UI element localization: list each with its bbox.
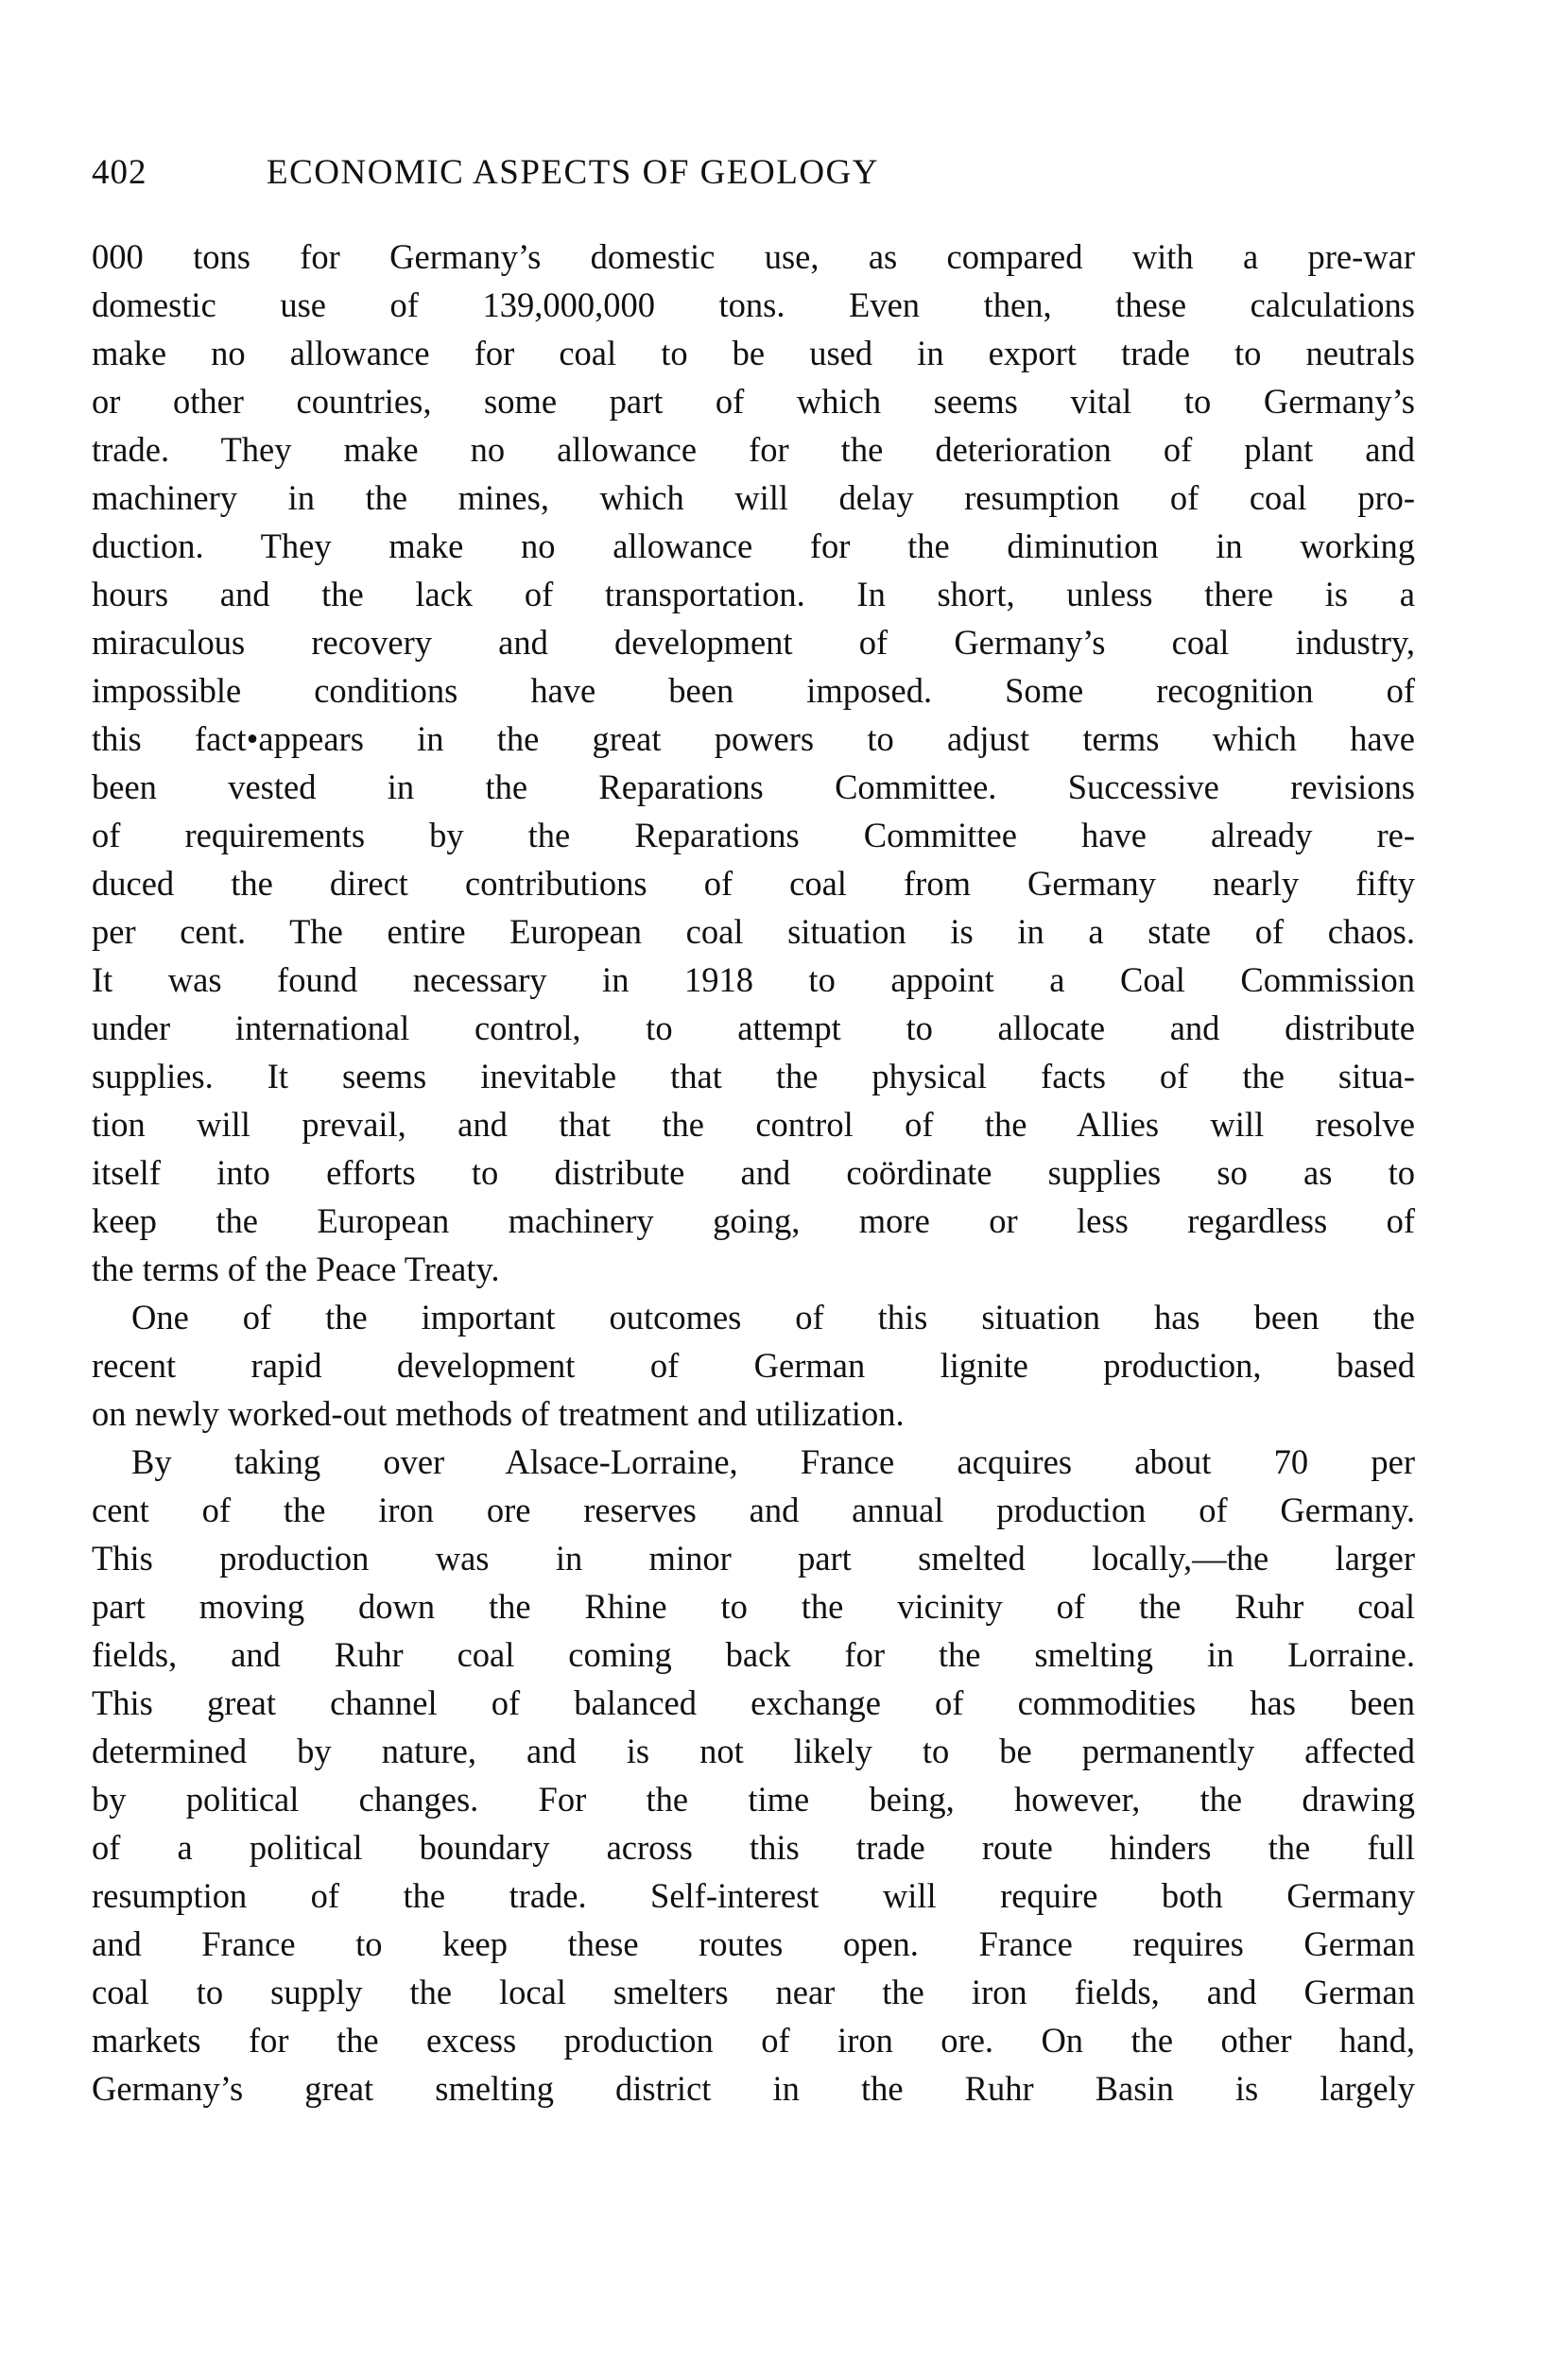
text-line: determined by nature, and is not likely …: [92, 1727, 1415, 1775]
text-line: tion will prevail, and that the control …: [92, 1100, 1415, 1148]
text-line: itself into efforts to distribute and co…: [92, 1148, 1415, 1197]
text-line: Germany’s great smelting district in the…: [92, 2064, 1415, 2113]
page-number: 402: [92, 151, 147, 195]
text-line: domestic use of 139,000,000 tons. Even t…: [92, 281, 1415, 329]
text-line: One of the important outcomes of this si…: [92, 1293, 1415, 1341]
running-title: ECONOMIC ASPECTS OF GEOLOGY: [267, 151, 879, 195]
text-line: trade. They make no allowance for the de…: [92, 425, 1415, 474]
book-page: 402 ECONOMIC ASPECTS OF GEOLOGY 000 tons…: [0, 0, 1553, 2380]
text-line: cent of the iron ore reserves and annual…: [92, 1486, 1415, 1534]
text-line: By taking over Alsace-Lorraine, France a…: [92, 1438, 1415, 1486]
text-line: This production was in minor part smelte…: [92, 1534, 1415, 1582]
text-line: make no allowance for coal to be used in…: [92, 329, 1415, 377]
text-line: markets for the excess production of iro…: [92, 2016, 1415, 2064]
text-line: fields, and Ruhr coal coming back for th…: [92, 1630, 1415, 1679]
text-line: recent rapid development of German ligni…: [92, 1341, 1415, 1389]
text-line: hours and the lack of transportation. In…: [92, 570, 1415, 618]
text-line: coal to supply the local smelters near t…: [92, 1968, 1415, 2016]
text-line: machinery in the mines, which will delay…: [92, 474, 1415, 522]
text-line: resumption of the trade. Self-interest w…: [92, 1871, 1415, 1920]
text-line: under international control, to attempt …: [92, 1004, 1415, 1052]
text-line: by political changes. For the time being…: [92, 1775, 1415, 1823]
text-line: keep the European machinery going, more …: [92, 1197, 1415, 1245]
text-line: of requirements by the Reparations Commi…: [92, 811, 1415, 859]
text-line: duction. They make no allowance for the …: [92, 522, 1415, 570]
text-line: per cent. The entire European coal situa…: [92, 907, 1415, 956]
text-line: supplies. It seems inevitable that the p…: [92, 1052, 1415, 1100]
text-line: of a political boundary across this trad…: [92, 1823, 1415, 1871]
text-line: This great channel of balanced exchange …: [92, 1679, 1415, 1727]
text-line: duced the direct contributions of coal f…: [92, 859, 1415, 907]
running-head: 402 ECONOMIC ASPECTS OF GEOLOGY: [92, 151, 1415, 195]
text-line: impossible conditions have been imposed.…: [92, 666, 1415, 715]
text-line: part moving down the Rhine to the vicini…: [92, 1582, 1415, 1630]
text-line: and France to keep these routes open. Fr…: [92, 1920, 1415, 1968]
text-line: 000 tons for Germany’s domestic use, as …: [92, 233, 1415, 281]
text-line: It was found necessary in 1918 to appoin…: [92, 956, 1415, 1004]
text-line: on newly worked-out methods of treatment…: [92, 1389, 1415, 1438]
text-line: miraculous recovery and development of G…: [92, 618, 1415, 666]
text-line: or other countries, some part of which s…: [92, 377, 1415, 425]
text-line: this fact•appears in the great powers to…: [92, 715, 1415, 763]
text-line: been vested in the Reparations Committee…: [92, 763, 1415, 811]
text-line: the terms of the Peace Treaty.: [92, 1245, 1415, 1293]
body-text: 000 tons for Germany’s domestic use, as …: [92, 233, 1415, 2113]
